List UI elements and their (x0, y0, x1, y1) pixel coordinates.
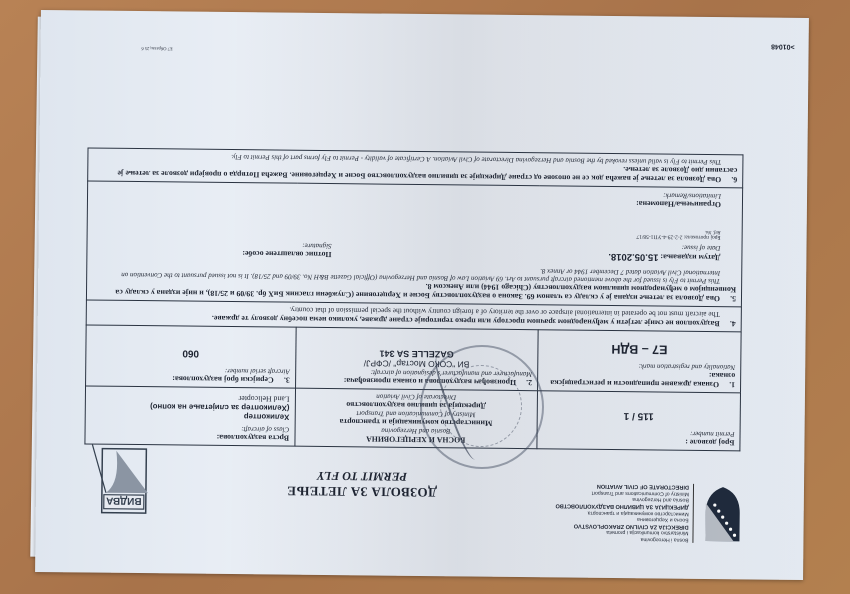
permit-document: Bosna i Hercegovina Ministarstvo komunik… (35, 10, 809, 580)
signature-block: Потпис овлаштене особе: Signature: (242, 224, 331, 259)
serial-number-value: 060 (91, 347, 290, 360)
legal-basis-and-issue-row: 5.Ова Дозвола за летење издана је у скла… (86, 181, 742, 307)
issue-date-block: Датум издавања: 15.05.2018. Date of issu… (608, 228, 720, 263)
registration-mark-value: Е7 – ВДН (543, 341, 735, 357)
form-code: Е7 Образац 25 б (141, 46, 172, 51)
document-header: Bosna i Hercegovina Ministarstvo komunik… (91, 457, 742, 544)
serial-number-cell: 3.Серијски број ваздухоплова: Aircraft s… (86, 325, 296, 388)
aircraft-class-cell: Врста ваздухоплова: Class of aircraft: Х… (85, 386, 295, 446)
document-title: ДОЗВОЛА ЗА ЛЕТЕЊЕ PERMIT TO FLY (242, 467, 482, 501)
svg-text:ВИДВА: ВИДВА (106, 495, 142, 506)
limitations-block: Ограничења/Напомена: Limitations/Remark: (636, 191, 721, 209)
bih-coat-of-arms-icon (703, 485, 742, 543)
permit-number-cell: Број дозволе : Permit number: 115 / 1 (537, 391, 741, 451)
serial-stamp: >01048 (771, 43, 795, 50)
issue-date-value: 15.05.2018. (608, 251, 658, 263)
registration-cell: 1.Ознака државне припадности и регистрац… (537, 330, 741, 393)
dcca-logo-icon: ВИДВА (90, 445, 151, 518)
reference-number: 2-2-29-4-УП1-58/17 (636, 233, 682, 239)
permit-number-value: 115 / 1 (543, 409, 735, 422)
permit-details-table: Број дозволе : Permit number: 115 / 1 БО… (84, 147, 743, 451)
issuer-row: Број дозволе : Permit number: 115 / 1 БО… (85, 386, 741, 451)
aircraft-identity-row: 1.Ознака државне припадности и регистрац… (86, 325, 742, 393)
issuing-agency-block: Bosna i Hercegovina Ministarstvo komunik… (555, 482, 694, 543)
document-content-upside-down: Bosna i Hercegovina Ministarstvo komunik… (35, 10, 809, 580)
